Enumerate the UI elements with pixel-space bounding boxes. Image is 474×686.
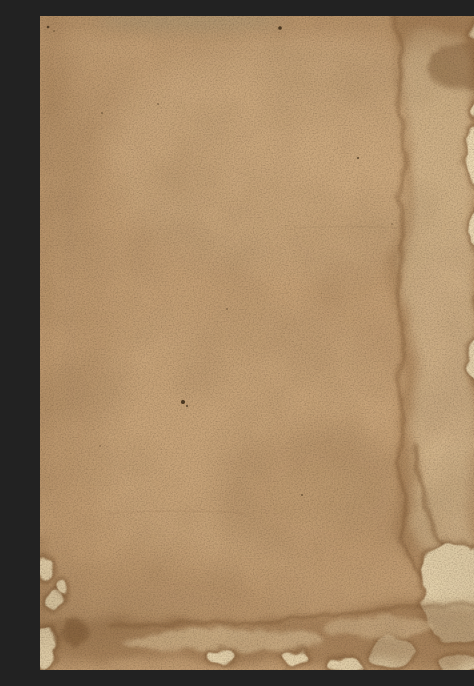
paper-texture-image (40, 16, 474, 670)
grain-overlay (40, 16, 474, 670)
texture-overlays (40, 16, 474, 670)
stained-paper-photo (40, 16, 474, 670)
